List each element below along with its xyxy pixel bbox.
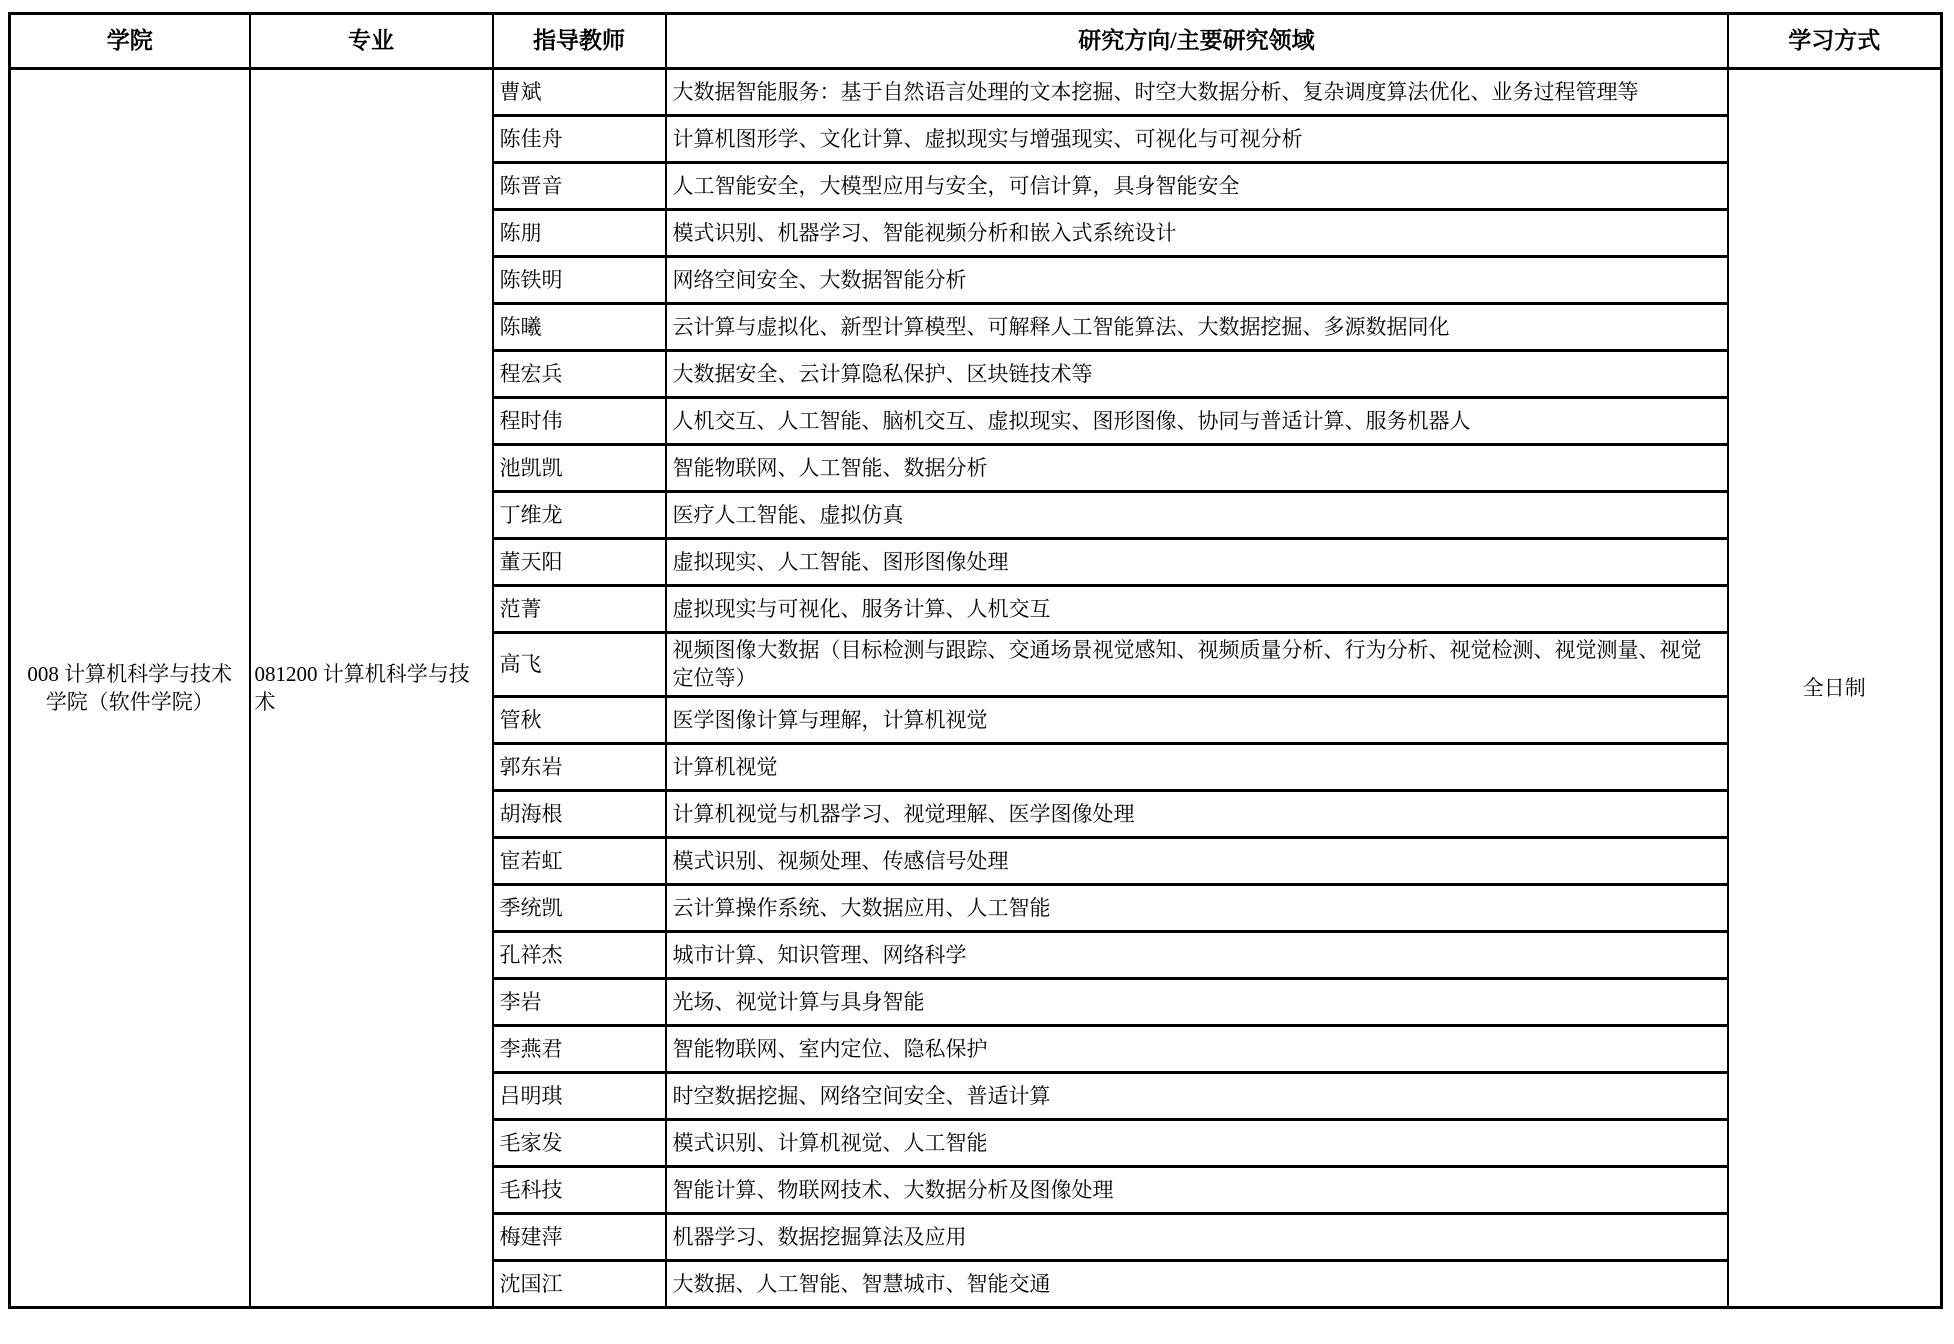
advisor-name-cell: 高飞 [493,633,666,697]
column-header-major: 专业 [250,14,493,69]
research-area-cell: 智能物联网、室内定位、隐私保护 [666,1025,1728,1072]
research-area-cell: 云计算操作系统、大数据应用、人工智能 [666,884,1728,931]
advisor-name-cell: 梅建萍 [493,1213,666,1260]
research-area-cell: 云计算与虚拟化、新型计算模型、可解释人工智能算法、大数据挖掘、多源数据同化 [666,304,1728,351]
research-area-cell: 计算机图形学、文化计算、虚拟现实与增强现实、可视化与可视分析 [666,116,1728,163]
advisor-name-cell: 宦若虹 [493,837,666,884]
advisor-name-cell: 陈曦 [493,304,666,351]
advisor-table: 学院 专业 指导教师 研究方向/主要研究领域 学习方式 008 计算机科学与技术… [8,12,1943,1309]
research-area-cell: 机器学习、数据挖掘算法及应用 [666,1213,1728,1260]
advisor-name-cell: 陈铁明 [493,257,666,304]
research-area-cell: 医疗人工智能、虚拟仿真 [666,492,1728,539]
research-area-cell: 虚拟现实、人工智能、图形图像处理 [666,539,1728,586]
research-area-cell: 大数据、人工智能、智慧城市、智能交通 [666,1260,1728,1307]
advisor-name-cell: 程宏兵 [493,351,666,398]
research-area-cell: 光场、视觉计算与具身智能 [666,978,1728,1025]
advisor-table-body: 008 计算机科学与技术学院（软件学院） 081200 计算机科学与技术 曹斌 … [10,69,1942,1308]
advisor-row: 008 计算机科学与技术学院（软件学院） 081200 计算机科学与技术 曹斌 … [10,69,1942,116]
research-area-cell: 视频图像大数据（目标检测与跟踪、交通场景视觉感知、视频质量分析、行为分析、视觉检… [666,633,1728,697]
advisor-name-cell: 季统凯 [493,884,666,931]
research-area-cell: 时空数据挖掘、网络空间安全、普适计算 [666,1072,1728,1119]
research-area-cell: 智能物联网、人工智能、数据分析 [666,445,1728,492]
advisor-name-cell: 陈晋音 [493,163,666,210]
study-mode-cell: 全日制 [1728,69,1942,1308]
advisor-name-cell: 程时伟 [493,398,666,445]
advisor-name-cell: 董天阳 [493,539,666,586]
research-area-cell: 人机交互、人工智能、脑机交互、虚拟现实、图形图像、协同与普适计算、服务机器人 [666,398,1728,445]
advisor-name-cell: 陈佳舟 [493,116,666,163]
advisor-name-cell: 丁维龙 [493,492,666,539]
research-area-cell: 模式识别、视频处理、传感信号处理 [666,837,1728,884]
column-header-advisor: 指导教师 [493,14,666,69]
research-area-cell: 模式识别、机器学习、智能视频分析和嵌入式系统设计 [666,210,1728,257]
advisor-name-cell: 毛科技 [493,1166,666,1213]
advisor-name-cell: 郭东岩 [493,743,666,790]
research-area-cell: 虚拟现实与可视化、服务计算、人机交互 [666,586,1728,633]
column-header-college: 学院 [10,14,250,69]
research-area-cell: 模式识别、计算机视觉、人工智能 [666,1119,1728,1166]
advisor-name-cell: 毛家发 [493,1119,666,1166]
advisor-name-cell: 陈朋 [493,210,666,257]
advisor-name-cell: 李岩 [493,978,666,1025]
advisor-name-cell: 管秋 [493,696,666,743]
research-area-cell: 大数据安全、云计算隐私保护、区块链技术等 [666,351,1728,398]
table-header: 学院 专业 指导教师 研究方向/主要研究领域 学习方式 [10,14,1942,69]
major-cell: 081200 计算机科学与技术 [250,69,493,1308]
research-area-cell: 智能计算、物联网技术、大数据分析及图像处理 [666,1166,1728,1213]
college-cell: 008 计算机科学与技术学院（软件学院） [10,69,250,1308]
advisor-name-cell: 孔祥杰 [493,931,666,978]
column-header-study-mode: 学习方式 [1728,14,1942,69]
advisor-name-cell: 曹斌 [493,69,666,116]
research-area-cell: 大数据智能服务：基于自然语言处理的文本挖掘、时空大数据分析、复杂调度算法优化、业… [666,69,1728,116]
research-area-cell: 计算机视觉 [666,743,1728,790]
advisor-name-cell: 胡海根 [493,790,666,837]
header-row: 学院 专业 指导教师 研究方向/主要研究领域 学习方式 [10,14,1942,69]
research-area-cell: 医学图像计算与理解，计算机视觉 [666,696,1728,743]
advisor-name-cell: 李燕君 [493,1025,666,1072]
column-header-research-areas: 研究方向/主要研究领域 [666,14,1728,69]
research-area-cell: 网络空间安全、大数据智能分析 [666,257,1728,304]
research-area-cell: 城市计算、知识管理、网络科学 [666,931,1728,978]
research-area-cell: 计算机视觉与机器学习、视觉理解、医学图像处理 [666,790,1728,837]
advisor-name-cell: 吕明琪 [493,1072,666,1119]
advisor-name-cell: 沈国江 [493,1260,666,1307]
advisor-name-cell: 范菁 [493,586,666,633]
research-area-cell: 人工智能安全，大模型应用与安全，可信计算，具身智能安全 [666,163,1728,210]
advisor-name-cell: 池凯凯 [493,445,666,492]
